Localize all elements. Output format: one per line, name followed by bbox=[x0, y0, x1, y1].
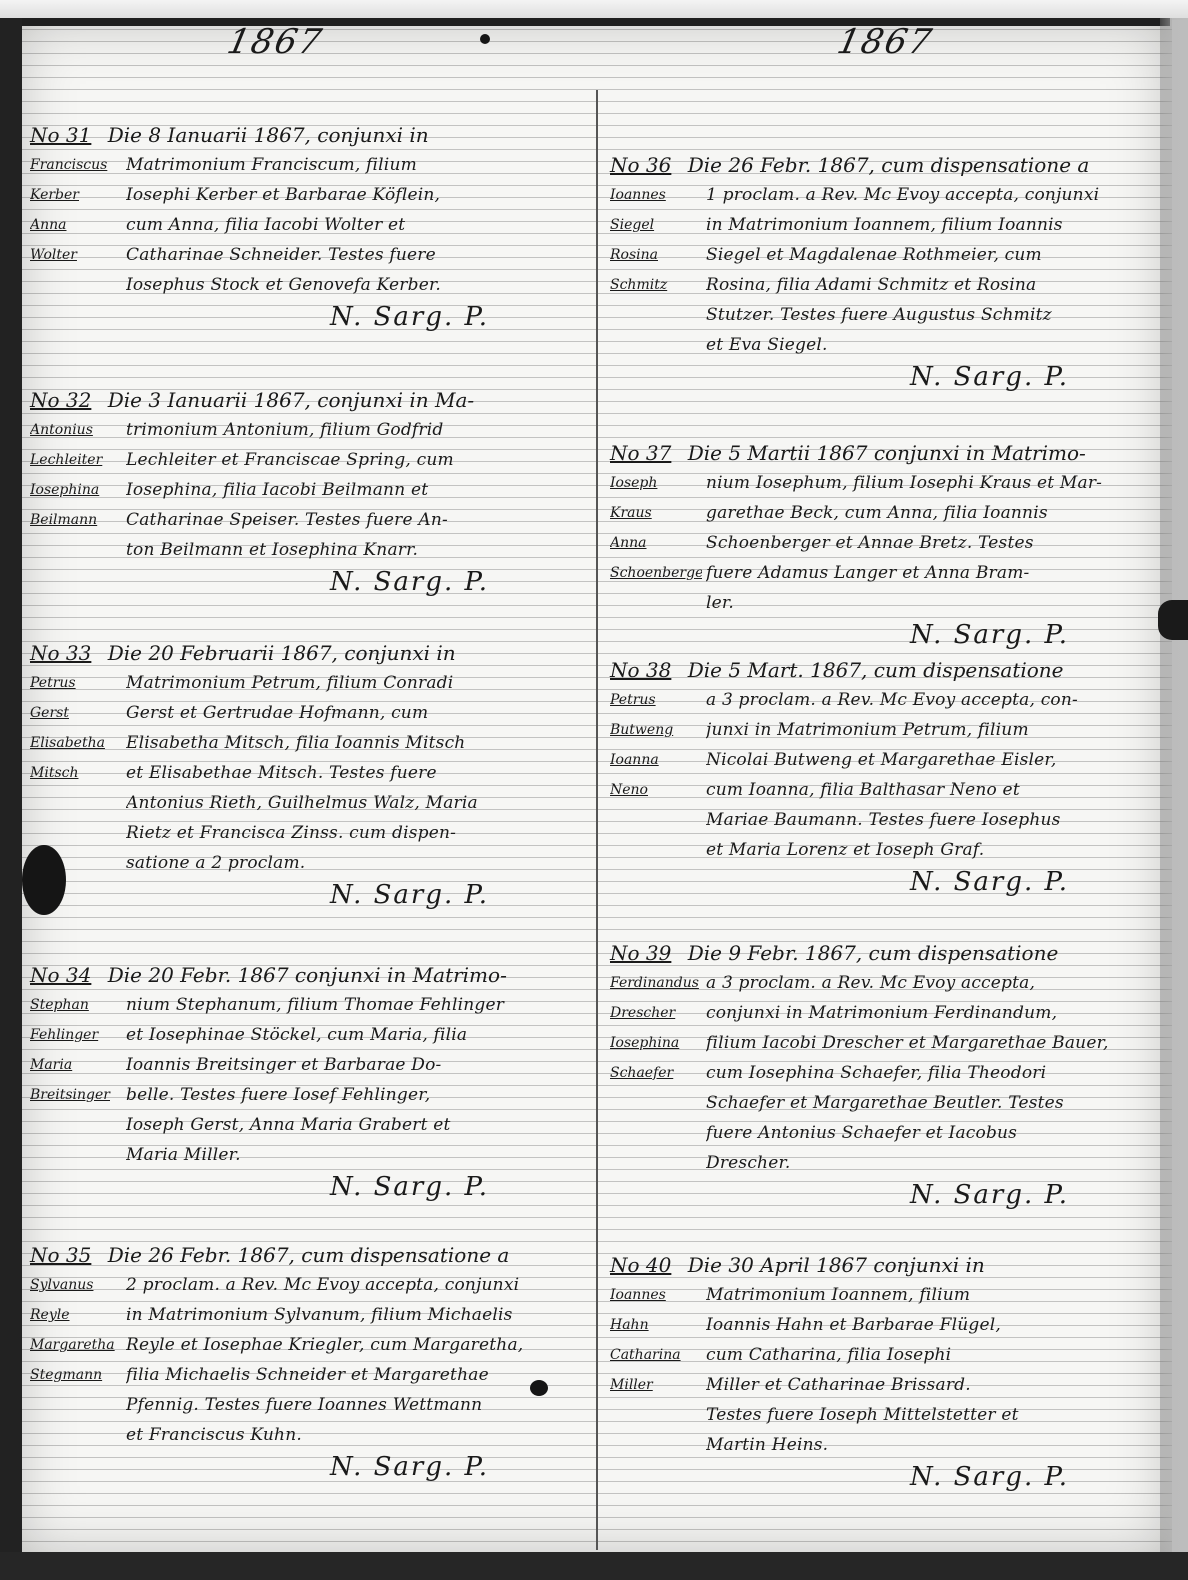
entry-number: No 31 bbox=[30, 123, 91, 147]
margin-name: Petrus bbox=[30, 668, 122, 698]
margin-names: Stephan Fehlinger Maria Breitsinger bbox=[30, 990, 122, 1170]
entry-number: No 37 bbox=[610, 441, 671, 465]
entry-line: Siegel et Magdalenae Rothmeier, cum bbox=[706, 240, 1170, 270]
entry-line: Schaefer et Margarethae Beutler. Testes bbox=[706, 1088, 1170, 1118]
marriage-entry-39: No 39 Die 9 Febr. 1867, cum dispensation… bbox=[610, 938, 1170, 1212]
margin-name: Stegmann bbox=[30, 1360, 122, 1390]
entry-heading: No 34 Die 20 Febr. 1867 conjunxi in Matr… bbox=[30, 960, 590, 990]
entry-number: No 32 bbox=[30, 388, 91, 412]
margin-name: Schoenberger bbox=[610, 558, 702, 588]
entry-date: Die 20 Februarii 1867, conjunxi in bbox=[108, 641, 456, 665]
marriage-entry-32: No 32 Die 3 Ianuarii 1867, conjunxi in M… bbox=[30, 385, 590, 599]
entry-line: Elisabetha Mitsch, filia Ioannis Mitsch bbox=[126, 728, 590, 758]
margin-names: Sylvanus Reyle Margaretha Stegmann bbox=[30, 1270, 122, 1450]
margin-name: Neno bbox=[610, 775, 702, 805]
page-left-edge bbox=[0, 18, 22, 1558]
margin-names: Ioseph Kraus Anna Schoenberger bbox=[610, 468, 702, 618]
entry-line: Iosephi Kerber et Barbarae Köflein, bbox=[126, 180, 590, 210]
entry-text: nium Iosephum, filium Iosephi Kraus et M… bbox=[706, 468, 1170, 618]
entry-line: Iosephina, filia Iacobi Beilmann et bbox=[126, 475, 590, 505]
margin-name: Ioannes bbox=[610, 180, 702, 210]
entry-line: Miller et Catharinae Brissard. bbox=[706, 1370, 1170, 1400]
margin-name: Ioanna bbox=[610, 745, 702, 775]
entry-line: nium Stephanum, filium Thomae Fehlinger bbox=[126, 990, 590, 1020]
entry-line: cum Iosephina Schaefer, filia Theodori bbox=[706, 1058, 1170, 1088]
entry-line: Rosina, filia Adami Schmitz et Rosina bbox=[706, 270, 1170, 300]
entry-line: Iosephus Stock et Genovefa Kerber. bbox=[126, 270, 590, 300]
margin-name: Fehlinger bbox=[30, 1020, 122, 1050]
entry-line: trimonium Antonium, filium Godfrid bbox=[126, 415, 590, 445]
entry-line: Reyle et Iosephae Kriegler, cum Margaret… bbox=[126, 1330, 590, 1360]
entry-line: a 3 proclam. a Rev. Mc Evoy accepta, con… bbox=[706, 685, 1170, 715]
entry-line: Ioannis Hahn et Barbarae Flügel, bbox=[706, 1310, 1170, 1340]
entry-line: belle. Testes fuere Iosef Fehlinger, bbox=[126, 1080, 590, 1110]
entry-date: Die 26 Febr. 1867, cum dispensatione a bbox=[688, 153, 1090, 177]
marriage-entry-40: No 40 Die 30 April 1867 conjunxi in Ioan… bbox=[610, 1250, 1170, 1494]
entry-line: Nicolai Butweng et Margarethae Eisler, bbox=[706, 745, 1170, 775]
margin-name: Anna bbox=[610, 528, 702, 558]
entry-line: junxi in Matrimonium Petrum, filium bbox=[706, 715, 1170, 745]
entry-line: a 3 proclam. a Rev. Mc Evoy accepta, bbox=[706, 968, 1170, 998]
margin-name: Anna bbox=[30, 210, 122, 240]
entry-line: Lechleiter et Franciscae Spring, cum bbox=[126, 445, 590, 475]
marriage-entry-36: No 36 Die 26 Febr. 1867, cum dispensatio… bbox=[610, 150, 1170, 394]
margin-name: Antonius bbox=[30, 415, 122, 445]
margin-name: Rosina bbox=[610, 240, 702, 270]
margin-names: Ioannes Hahn Catharina Miller bbox=[610, 1280, 702, 1460]
priest-signature: N. Sarg. P. bbox=[30, 300, 590, 334]
priest-signature: N. Sarg. P. bbox=[30, 1170, 590, 1204]
entry-number: No 35 bbox=[30, 1243, 91, 1267]
entry-line: Matrimonium Franciscum, filium bbox=[126, 150, 590, 180]
margin-name: Franciscus bbox=[30, 150, 122, 180]
entry-line: ler. bbox=[706, 588, 1170, 618]
entry-heading: No 35 Die 26 Febr. 1867, cum dispensatio… bbox=[30, 1240, 590, 1270]
margin-name: Iosephina bbox=[610, 1028, 702, 1058]
priest-signature: N. Sarg. P. bbox=[610, 1178, 1170, 1212]
entry-line: cum Catharina, filia Iosephi bbox=[706, 1340, 1170, 1370]
entry-number: No 38 bbox=[610, 658, 671, 682]
entry-line: fuere Antonius Schaefer et Iacobus bbox=[706, 1118, 1170, 1148]
entry-line: et Eva Siegel. bbox=[706, 330, 1170, 360]
marriage-entry-31: No 31 Die 8 Ianuarii 1867, conjunxi in F… bbox=[30, 120, 590, 334]
entry-heading: No 39 Die 9 Febr. 1867, cum dispensation… bbox=[610, 938, 1170, 968]
marriage-entry-37: No 37 Die 5 Martii 1867 conjunxi in Matr… bbox=[610, 438, 1170, 652]
margin-name: Gerst bbox=[30, 698, 122, 728]
margin-name: Lechleiter bbox=[30, 445, 122, 475]
margin-names: Ioannes Siegel Rosina Schmitz bbox=[610, 180, 702, 360]
entry-date: Die 3 Ianuarii 1867, conjunxi in Ma- bbox=[108, 388, 474, 412]
entry-number: No 40 bbox=[610, 1253, 671, 1277]
entry-line: fuere Adamus Langer et Anna Bram- bbox=[706, 558, 1170, 588]
entry-line: Stutzer. Testes fuere Augustus Schmitz bbox=[706, 300, 1170, 330]
marriage-entry-33: No 33 Die 20 Februarii 1867, conjunxi in… bbox=[30, 638, 590, 912]
entry-line: ton Beilmann et Iosephina Knarr. bbox=[126, 535, 590, 565]
margin-name: Schmitz bbox=[610, 270, 702, 300]
margin-name: Butweng bbox=[610, 715, 702, 745]
entry-line: Matrimonium Petrum, filium Conradi bbox=[126, 668, 590, 698]
priest-signature: N. Sarg. P. bbox=[30, 565, 590, 599]
margin-name: Beilmann bbox=[30, 505, 122, 535]
entry-line: Ioseph Gerst, Anna Maria Grabert et bbox=[126, 1110, 590, 1140]
entry-line: in Matrimonium Sylvanum, filium Michaeli… bbox=[126, 1300, 590, 1330]
margin-name: Reyle bbox=[30, 1300, 122, 1330]
margin-name: Drescher bbox=[610, 998, 702, 1028]
entry-date: Die 5 Mart. 1867, cum dispensatione bbox=[688, 658, 1064, 682]
entry-line: Testes fuere Ioseph Mittelstetter et bbox=[706, 1400, 1170, 1430]
entry-text: a 3 proclam. a Rev. Mc Evoy accepta, con… bbox=[706, 685, 1170, 865]
entry-date: Die 30 April 1867 conjunxi in bbox=[688, 1253, 985, 1277]
entry-number: No 36 bbox=[610, 153, 671, 177]
entry-text: 1 proclam. a Rev. Mc Evoy accepta, conju… bbox=[706, 180, 1170, 360]
entry-line: et Maria Lorenz et Ioseph Graf. bbox=[706, 835, 1170, 865]
margin-name: Kraus bbox=[610, 498, 702, 528]
scan-border-bottom bbox=[0, 1552, 1188, 1580]
margin-name: Ioannes bbox=[610, 1280, 702, 1310]
entry-line: Pfennig. Testes fuere Ioannes Wettmann bbox=[126, 1390, 590, 1420]
priest-signature: N. Sarg. P. bbox=[610, 618, 1170, 652]
entry-line: Catharinae Schneider. Testes fuere bbox=[126, 240, 590, 270]
entry-text: Matrimonium Franciscum, filium Iosephi K… bbox=[126, 150, 590, 300]
entry-line: 2 proclam. a Rev. Mc Evoy accepta, conju… bbox=[126, 1270, 590, 1300]
entry-number: No 39 bbox=[610, 941, 671, 965]
entry-date: Die 9 Febr. 1867, cum dispensatione bbox=[688, 941, 1059, 965]
priest-signature: N. Sarg. P. bbox=[610, 1460, 1170, 1494]
entry-heading: No 38 Die 5 Mart. 1867, cum dispensation… bbox=[610, 655, 1170, 685]
entry-line: et Franciscus Kuhn. bbox=[126, 1420, 590, 1450]
margin-name: Ferdinandus bbox=[610, 968, 702, 998]
entry-line: Schoenberger et Annae Bretz. Testes bbox=[706, 528, 1170, 558]
margin-name: Breitsinger bbox=[30, 1080, 122, 1110]
entry-line: et Iosephinae Stöckel, cum Maria, filia bbox=[126, 1020, 590, 1050]
priest-signature: N. Sarg. P. bbox=[610, 360, 1170, 394]
entry-date: Die 5 Martii 1867 conjunxi in Matrimo- bbox=[688, 441, 1086, 465]
entry-heading: No 32 Die 3 Ianuarii 1867, conjunxi in M… bbox=[30, 385, 590, 415]
entry-heading: No 37 Die 5 Martii 1867 conjunxi in Matr… bbox=[610, 438, 1170, 468]
margin-names: Ferdinandus Drescher Iosephina Schaefer bbox=[610, 968, 702, 1178]
entry-line: filia Michaelis Schneider et Margarethae bbox=[126, 1360, 590, 1390]
marriage-entry-35: No 35 Die 26 Febr. 1867, cum dispensatio… bbox=[30, 1240, 590, 1484]
entry-line: cum Anna, filia Iacobi Wolter et bbox=[126, 210, 590, 240]
page-top-edge bbox=[20, 18, 1170, 26]
margin-name: Schaefer bbox=[610, 1058, 702, 1088]
entry-line: 1 proclam. a Rev. Mc Evoy accepta, conju… bbox=[706, 180, 1170, 210]
entry-line: Antonius Rieth, Guilhelmus Walz, Maria bbox=[126, 788, 590, 818]
margin-names: Antonius Lechleiter Iosephina Beilmann bbox=[30, 415, 122, 565]
margin-name: Miller bbox=[610, 1370, 702, 1400]
margin-name: Margaretha bbox=[30, 1330, 122, 1360]
entry-line: et Elisabethae Mitsch. Testes fuere bbox=[126, 758, 590, 788]
page-year-left: 1867 bbox=[224, 22, 327, 62]
margin-name: Hahn bbox=[610, 1310, 702, 1340]
margin-name: Catharina bbox=[610, 1340, 702, 1370]
entry-text: 2 proclam. a Rev. Mc Evoy accepta, conju… bbox=[126, 1270, 590, 1450]
entry-line: Maria Miller. bbox=[126, 1140, 590, 1170]
entry-heading: No 36 Die 26 Febr. 1867, cum dispensatio… bbox=[610, 150, 1170, 180]
entry-line: Matrimonium Ioannem, filium bbox=[706, 1280, 1170, 1310]
entry-text: a 3 proclam. a Rev. Mc Evoy accepta, con… bbox=[706, 968, 1170, 1178]
entry-line: cum Ioanna, filia Balthasar Neno et bbox=[706, 775, 1170, 805]
margin-name: Petrus bbox=[610, 685, 702, 715]
margin-names: Petrus Gerst Elisabetha Mitsch bbox=[30, 668, 122, 878]
entry-number: No 34 bbox=[30, 963, 91, 987]
entry-heading: No 33 Die 20 Februarii 1867, conjunxi in bbox=[30, 638, 590, 668]
column-divider bbox=[596, 90, 598, 1550]
entry-line: satione a 2 proclam. bbox=[126, 848, 590, 878]
marriage-entry-38: No 38 Die 5 Mart. 1867, cum dispensation… bbox=[610, 655, 1170, 899]
priest-signature: N. Sarg. P. bbox=[610, 865, 1170, 899]
margin-name: Kerber bbox=[30, 180, 122, 210]
margin-name: Mitsch bbox=[30, 758, 122, 788]
entry-line: conjunxi in Matrimonium Ferdinandum, bbox=[706, 998, 1170, 1028]
margin-names: Petrus Butweng Ioanna Neno bbox=[610, 685, 702, 865]
margin-name: Sylvanus bbox=[30, 1270, 122, 1300]
entry-line: Martin Heins. bbox=[706, 1430, 1170, 1460]
margin-names: Franciscus Kerber Anna Wolter bbox=[30, 150, 122, 300]
entry-text: trimonium Antonium, filium Godfrid Lechl… bbox=[126, 415, 590, 565]
entry-heading: No 31 Die 8 Ianuarii 1867, conjunxi in bbox=[30, 120, 590, 150]
entry-line: Catharinae Speiser. Testes fuere An- bbox=[126, 505, 590, 535]
entry-line: Gerst et Gertrudae Hofmann, cum bbox=[126, 698, 590, 728]
margin-name: Elisabetha bbox=[30, 728, 122, 758]
priest-signature: N. Sarg. P. bbox=[30, 1450, 590, 1484]
entry-text: nium Stephanum, filium Thomae Fehlinger … bbox=[126, 990, 590, 1170]
entry-line: Rietz et Francisca Zinss. cum dispen- bbox=[126, 818, 590, 848]
margin-name: Maria bbox=[30, 1050, 122, 1080]
entry-date: Die 26 Febr. 1867, cum dispensatione a bbox=[108, 1243, 510, 1267]
page-year-right: 1867 bbox=[834, 22, 937, 62]
marriage-entry-34: No 34 Die 20 Febr. 1867 conjunxi in Matr… bbox=[30, 960, 590, 1204]
entry-line: in Matrimonium Ioannem, filium Ioannis bbox=[706, 210, 1170, 240]
scan-border-top bbox=[0, 0, 1188, 20]
entry-line: filium Iacobi Drescher et Margarethae Ba… bbox=[706, 1028, 1170, 1058]
entry-line: nium Iosephum, filium Iosephi Kraus et M… bbox=[706, 468, 1170, 498]
entry-line: Drescher. bbox=[706, 1148, 1170, 1178]
priest-signature: N. Sarg. P. bbox=[30, 878, 590, 912]
entry-number: No 33 bbox=[30, 641, 91, 665]
margin-name: Iosephina bbox=[30, 475, 122, 505]
entry-line: Mariae Baumann. Testes fuere Iosephus bbox=[706, 805, 1170, 835]
entry-text: Matrimonium Ioannem, filium Ioannis Hahn… bbox=[706, 1280, 1170, 1460]
entry-date: Die 20 Febr. 1867 conjunxi in Matrimo- bbox=[108, 963, 507, 987]
margin-name: Wolter bbox=[30, 240, 122, 270]
entry-text: Matrimonium Petrum, filium Conradi Gerst… bbox=[126, 668, 590, 878]
entry-heading: No 40 Die 30 April 1867 conjunxi in bbox=[610, 1250, 1170, 1280]
entry-line: Ioannis Breitsinger et Barbarae Do- bbox=[126, 1050, 590, 1080]
margin-name: Siegel bbox=[610, 210, 702, 240]
ink-blot bbox=[480, 34, 490, 44]
margin-name: Ioseph bbox=[610, 468, 702, 498]
entry-date: Die 8 Ianuarii 1867, conjunxi in bbox=[108, 123, 429, 147]
entry-line: garethae Beck, cum Anna, filia Ioannis bbox=[706, 498, 1170, 528]
margin-name: Stephan bbox=[30, 990, 122, 1020]
